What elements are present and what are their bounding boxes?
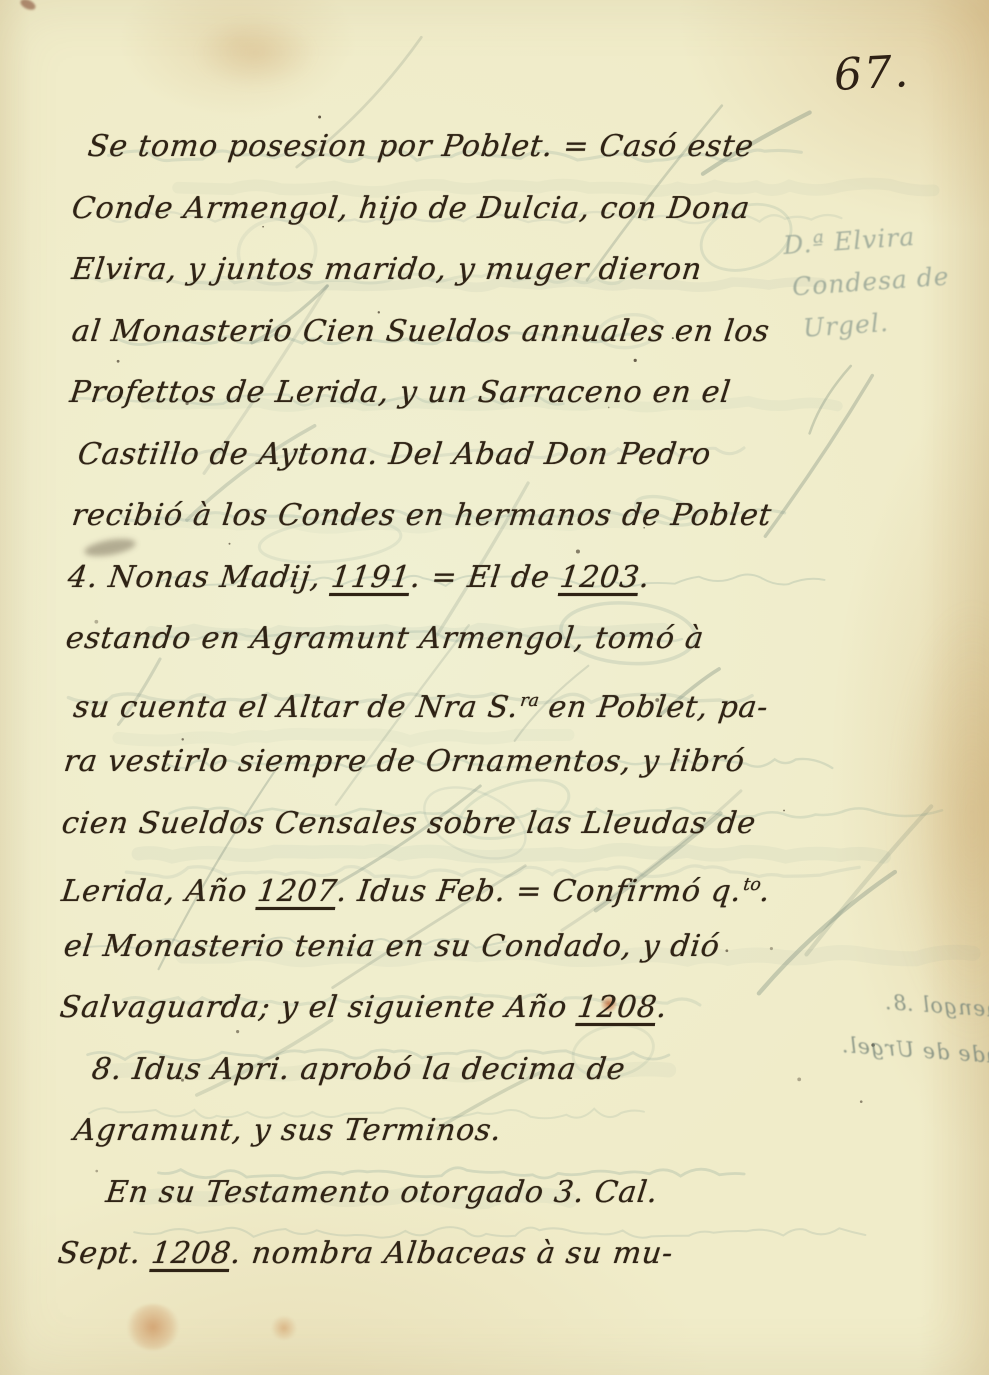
manuscript-line: Salvaguarda; y el siguiente Año 1208. bbox=[62, 983, 842, 1045]
page-number: 67. bbox=[833, 46, 912, 101]
manuscript-line: Castillo de Aytona. Del Abad Don Pedro bbox=[62, 430, 842, 492]
manuscript-line: 4. Nonas Madij, 1191. = El de 1203. bbox=[62, 553, 842, 615]
paper-stain bbox=[19, 0, 37, 12]
manuscript-line: ra vestirlo siempre de Ornamentos, y lib… bbox=[62, 737, 842, 799]
manuscript-line: Sept. 1208. nombra Albaceas à su mu- bbox=[62, 1229, 842, 1291]
paper-stain bbox=[892, 600, 989, 1040]
manuscript-line: estando en Agramunt Armengol, tomó à bbox=[62, 614, 842, 676]
paper-stain bbox=[196, 18, 316, 88]
manuscript-line: cien Sueldos Censales sobre las Lleudas … bbox=[62, 799, 842, 861]
manuscript-line: Agramunt, y sus Terminos. bbox=[62, 1106, 842, 1168]
manuscript-text-block: Se tomo posesion por Poblet. = Casó este… bbox=[62, 122, 842, 1291]
manuscript-line: su cuenta el Altar de Nra S.ra en Poblet… bbox=[62, 676, 842, 738]
manuscript-line: al Monasterio Cien Sueldos annuales en l… bbox=[62, 307, 842, 369]
manuscript-line: Conde Armengol, hijo de Dulcia, con Dona bbox=[62, 184, 842, 246]
manuscript-line: En su Testamento otorgado 3. Cal. bbox=[62, 1168, 842, 1230]
bleedthrough-note-armengol: Armengol .8. Conde de Urgel. bbox=[819, 975, 989, 1081]
paper-stain bbox=[270, 1316, 298, 1340]
manuscript-line: 8. Idus Apri. aprobó la decima de bbox=[62, 1045, 842, 1107]
manuscript-line: recibió à los Condes en hermanos de Pobl… bbox=[62, 491, 842, 553]
manuscript-line: Elvira, y juntos marido, y muger dieron bbox=[62, 245, 842, 307]
bleedthrough-note-line: Conde de Urgel. bbox=[819, 1021, 989, 1082]
manuscript-line: el Monasterio tenia en su Condado, y dió bbox=[62, 922, 842, 984]
manuscript-line: Se tomo posesion por Poblet. = Casó este bbox=[62, 122, 842, 184]
manuscript-page: 67. D.ª Elvira Condesa de Urgel. Armengo… bbox=[0, 0, 989, 1375]
manuscript-line: Lerida, Año 1207. Idus Feb. = Confirmó q… bbox=[62, 860, 842, 922]
manuscript-line: Profettos de Lerida, y un Sarraceno en e… bbox=[62, 368, 842, 430]
paper-stain bbox=[126, 1304, 180, 1350]
